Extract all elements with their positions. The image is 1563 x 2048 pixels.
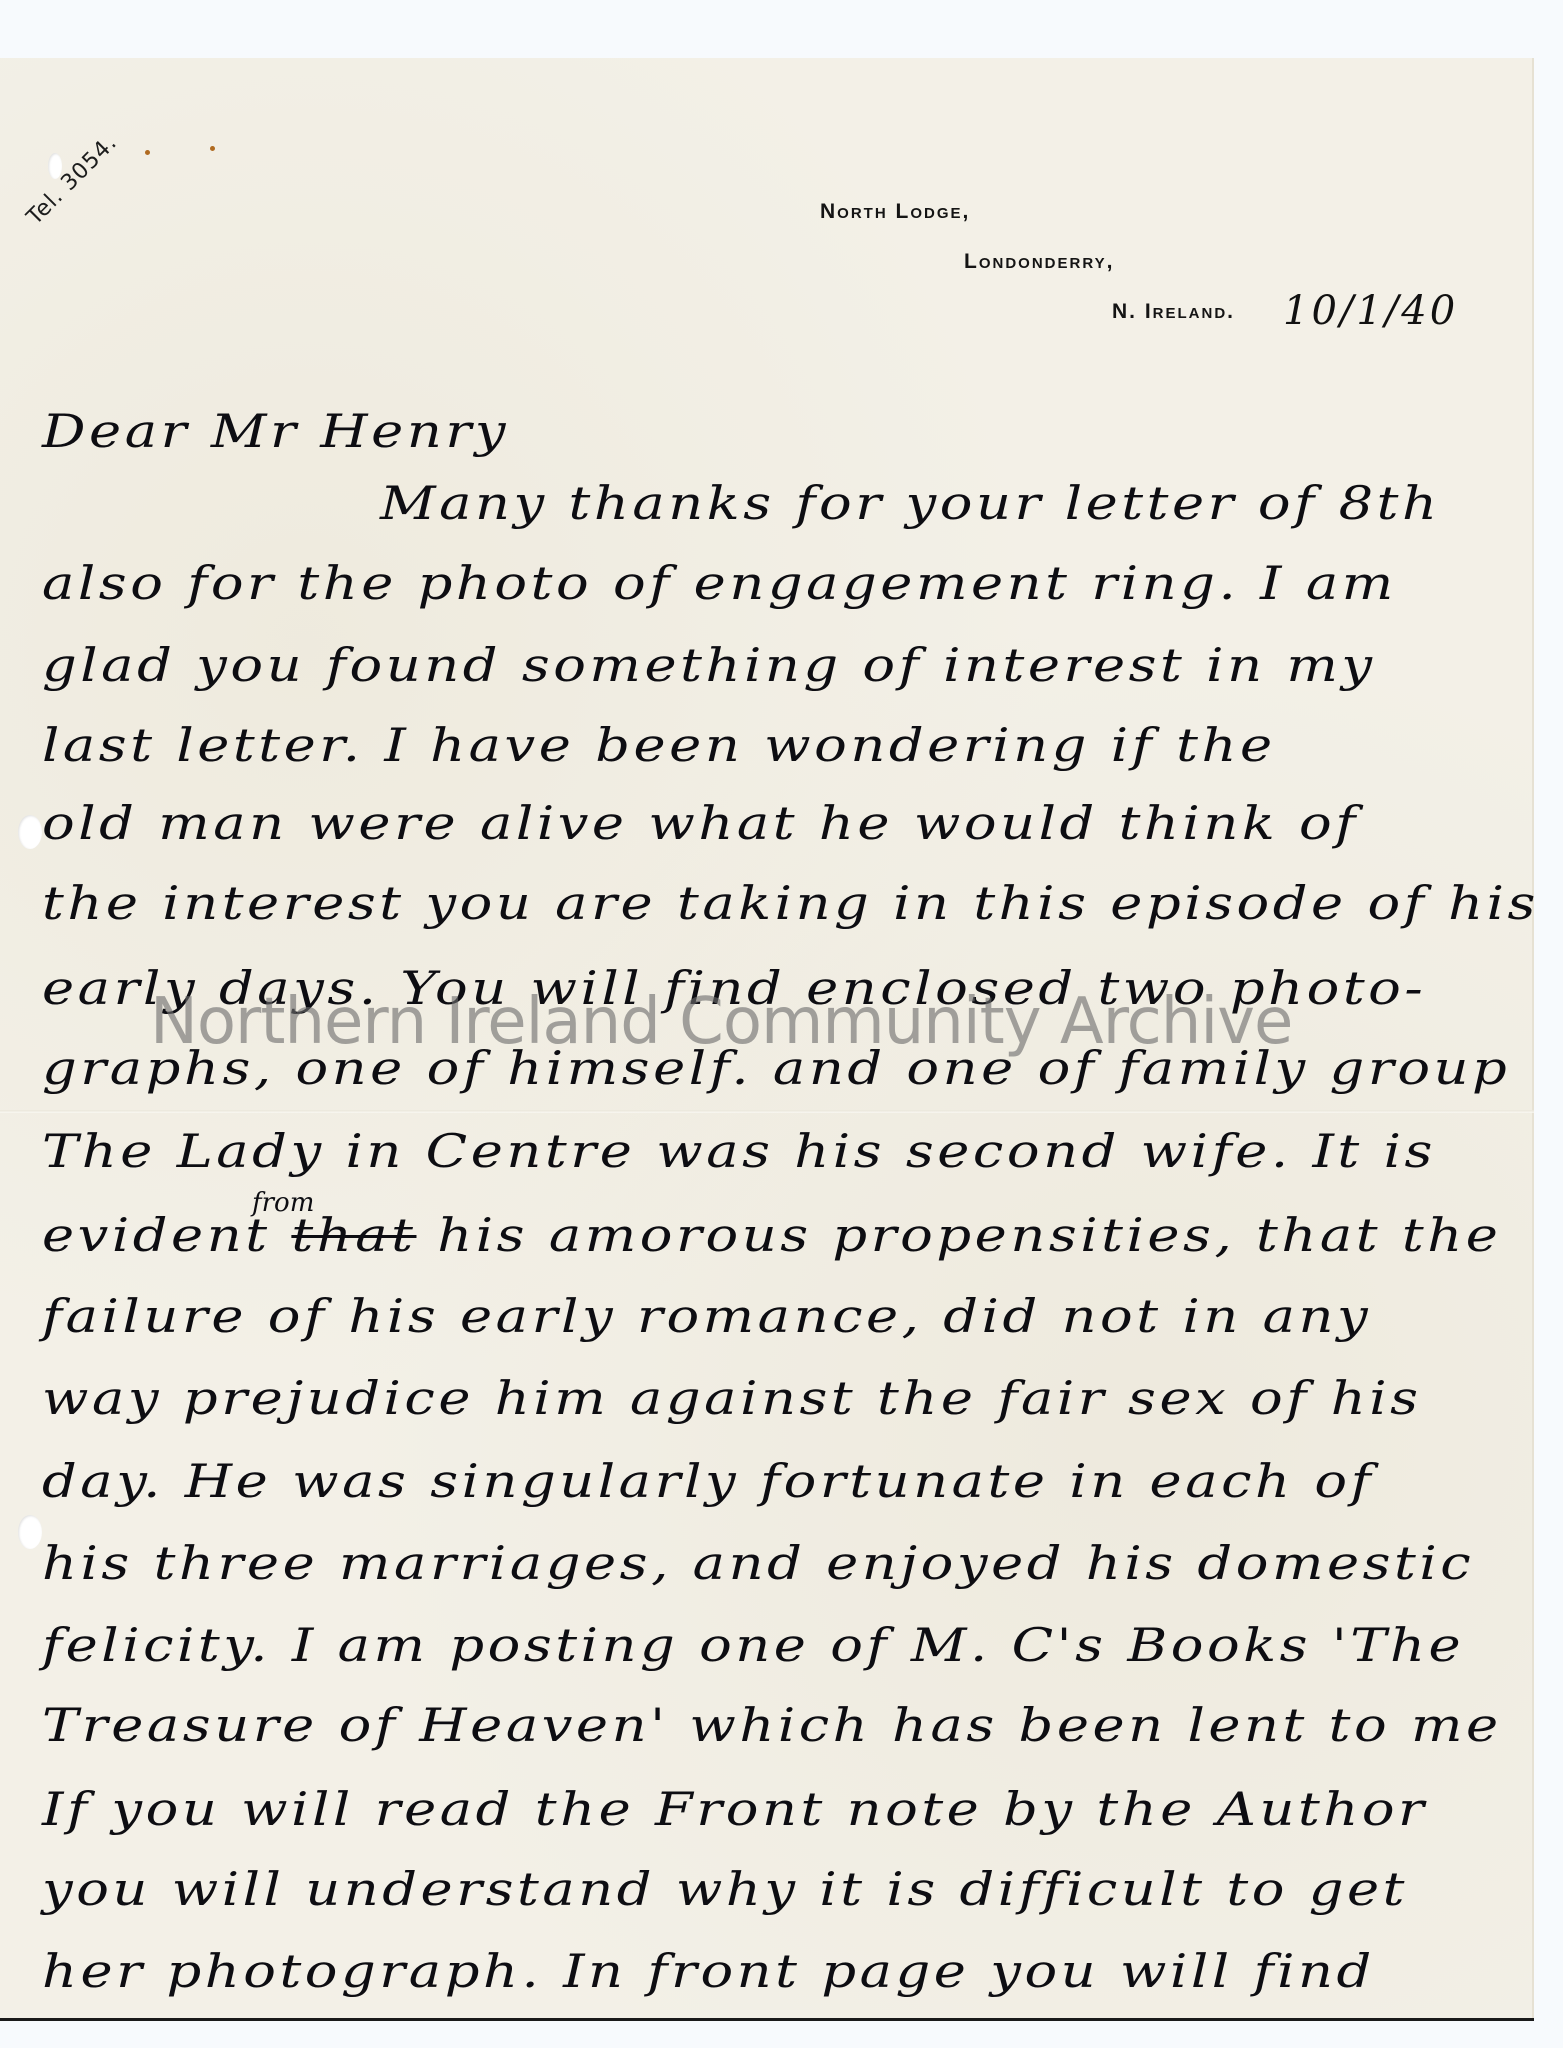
rust-spot — [210, 146, 215, 151]
letter-line: last letter. I have been wondering if th… — [42, 722, 1276, 768]
letter-date: 10/1/40 — [1283, 288, 1458, 334]
letter-line: her photograph. In front page you will f… — [42, 1948, 1375, 1994]
fold-crease — [0, 1110, 1534, 1113]
letter-line: Treasure of Heaven' which has been lent … — [42, 1702, 1502, 1748]
letter-line: his three marriages, and enjoyed his dom… — [42, 1540, 1474, 1586]
letter-line: Many thanks for your letter of 8th — [380, 480, 1441, 526]
letterhead-address-line-2: Londonderry, — [964, 250, 1114, 274]
letter-line: the interest you are taking in this epis… — [42, 880, 1539, 926]
letter-line: The Lady in Centre was his second wife. … — [42, 1128, 1436, 1174]
archive-watermark: Northern Ireland Community Archive — [150, 985, 1292, 1059]
letter-line: If you will read the Front note by the A… — [42, 1786, 1428, 1832]
struck-word: that — [291, 1208, 416, 1262]
letter-line-with-correction: evident that his amorous propensities, t… — [42, 1212, 1501, 1258]
letter-line: failure of his early romance, did not in… — [42, 1293, 1371, 1339]
letter-line: way prejudice him against the fair sex o… — [42, 1375, 1421, 1421]
letter-line: old man were alive what he would think o… — [42, 800, 1359, 846]
punch-hole — [18, 815, 42, 849]
letterhead-address-line-3: N. Ireland. — [1112, 300, 1235, 324]
punch-hole — [18, 1515, 42, 1549]
salutation: Dear Mr Henry — [42, 408, 509, 454]
line-text-after: his amorous propensities, that the — [416, 1208, 1501, 1262]
letterhead-address-line-1: North Lodge, — [820, 200, 970, 224]
letter-line: day. He was singularly fortunate in each… — [42, 1458, 1374, 1504]
line-text-before: evident — [42, 1208, 291, 1262]
letter-line: you will understand why it is difficult … — [42, 1866, 1408, 1912]
letter-line: felicity. I am posting one of M. C's Boo… — [42, 1622, 1464, 1668]
letter-line: glad you found something of interest in … — [42, 642, 1376, 688]
letter-line: also for the photo of engagement ring. I… — [42, 560, 1397, 606]
rust-spot — [145, 150, 150, 155]
